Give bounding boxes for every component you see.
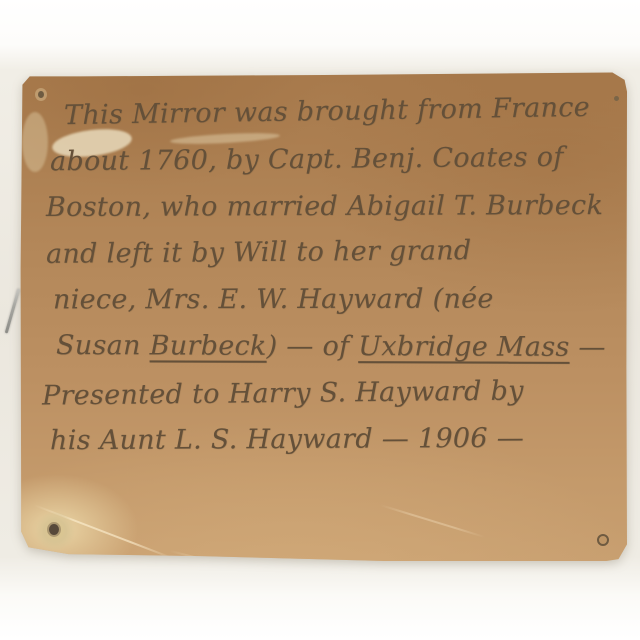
note-line-8: his Aunt L. S. Hayward — 1906 — [50, 423, 524, 456]
note-card-wrap: This Mirror was brought from France abou… [20, 72, 627, 563]
photo-backdrop: This Mirror was brought from France abou… [0, 0, 640, 640]
note-text-segment: and left it by Will to her grand [46, 235, 472, 270]
note-line-2: about 1760, by Capt. Benj. Coates of [50, 142, 564, 177]
note-line-4: and left it by Will to her grand [46, 235, 472, 270]
note-text-segment: — [569, 332, 605, 363]
note-line-7: Presented to Harry S. Hayward by [42, 375, 524, 411]
note-card: This Mirror was brought from France abou… [20, 72, 627, 563]
note-text-segment: ) — of [267, 331, 359, 362]
note-text-segment: Presented to Harry S. Hayward by [42, 375, 524, 411]
note-text-segment: his Aunt L. S. Hayward — 1906 — [50, 423, 524, 456]
metal-pin-shaft [5, 288, 21, 333]
note-text-segment: Susan [56, 330, 150, 361]
note-text-segment-underlined: Burbeck [150, 330, 267, 361]
note-text-segment: about 1760, by Capt. Benj. Coates of [50, 142, 564, 177]
note-text-segment-underlined: Uxbridge Mass [358, 331, 569, 363]
note-line-6: Susan Burbeck) — of Uxbridge Mass — [56, 330, 606, 363]
note-line-1: This Mirror was brought from France [64, 92, 590, 131]
note-line-3: Boston, who married Abigail T. Burbeck [46, 190, 603, 223]
note-text-segment: niece, Mrs. E. W. Hayward (née [53, 284, 494, 316]
note-text-segment: This Mirror was brought from France [64, 92, 590, 131]
note-text-segment: Boston, who married Abigail T. Burbeck [46, 190, 603, 223]
note-line-5: niece, Mrs. E. W. Hayward (née [53, 284, 494, 316]
handwritten-note: This Mirror was brought from France abou… [20, 72, 627, 563]
